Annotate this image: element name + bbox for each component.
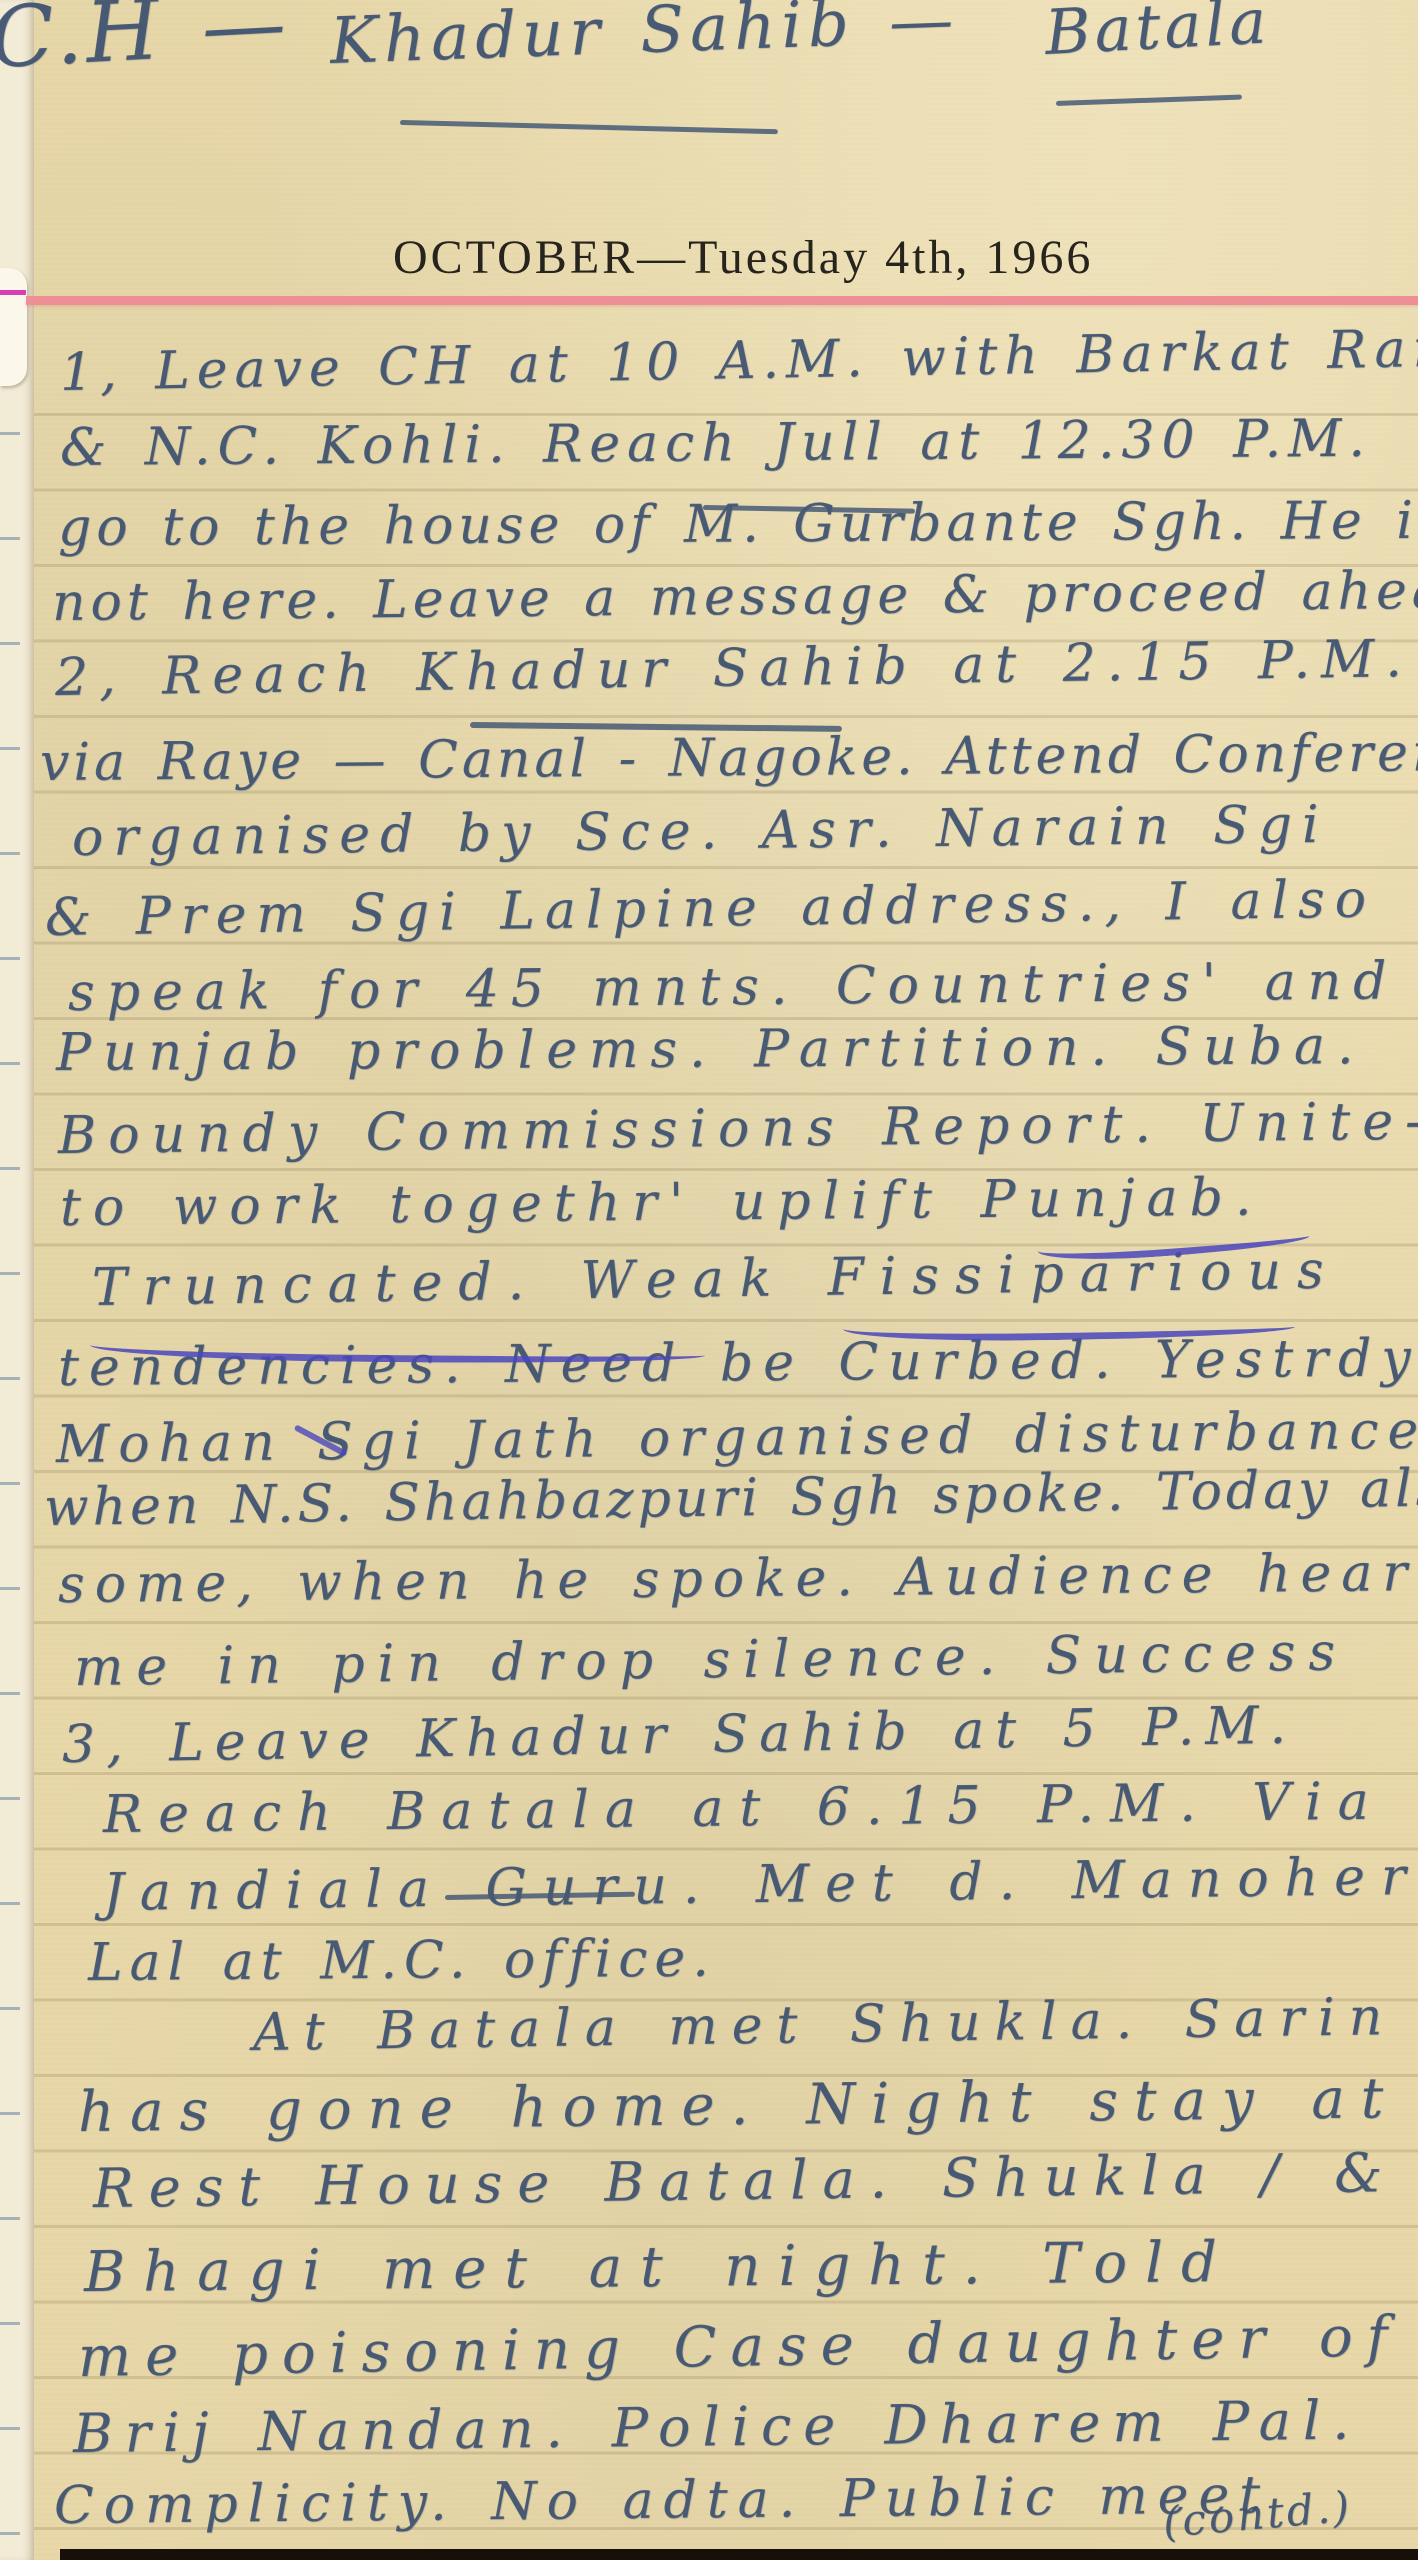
diary-line: Rest House Batala. Shukla / & — [93, 2146, 1398, 2216]
diary-line: go to the house of M. Gurbante Sgh. He i… — [58, 495, 1418, 554]
diary-line: Punjab problems. Partition. Suba. — [56, 1020, 1366, 1079]
diary-line: to work togethr' uplift Punjab. — [60, 1171, 1264, 1233]
diary-line: Jandiala Guru. Met d. Manoher — [103, 1851, 1418, 1919]
ink-underline-batala-header — [1056, 95, 1242, 106]
diary-line: Reach Batala at 6.15 P.M. Via — [103, 1776, 1385, 1841]
diary-line: 1, Leave CH at 10 A.M. with Barkat Ram — [60, 322, 1418, 399]
pink-header-rule — [26, 296, 1418, 305]
diary-line: & N.C. Kohli. Reach Jull at 12.30 P.M. — [60, 413, 1372, 474]
diary-line: speak for 45 mnts. Countries' and — [68, 955, 1399, 1019]
route-note-via: Khadur Sahib — — [329, 0, 960, 74]
diary-line: me in pin drop silence. Success — [74, 1626, 1349, 1694]
underlying-page-corner — [0, 268, 27, 386]
diary-line: has gone home. Night stay at — [78, 2071, 1400, 2141]
diary-line: via Raye — Canal - Nagoke. Attend Confer… — [40, 727, 1418, 789]
diary-line: Bhagi met at night. Told — [84, 2235, 1235, 2301]
diary-line: not here. Leave a message & proceed ahea… — [52, 564, 1418, 629]
scan-bottom-edge — [60, 2549, 1418, 2560]
printed-date: OCTOBER—Tuesday 4th, 1966 — [393, 230, 1093, 285]
diary-line: Boundy Commissions Report. Unite- — [58, 1096, 1418, 1162]
ink-underline-khadur-header — [400, 120, 778, 134]
route-note-origin: C.H — — [0, 0, 292, 80]
diary-page: C.H — Khadur Sahib — Batala OCTOBER—Tues… — [0, 0, 1418, 2560]
diary-line: At Batala met Shukla. Sarin — [253, 1991, 1397, 2059]
page-edge-rule-lines — [0, 330, 20, 2560]
diary-line: some, when he spoke. Audience heard — [58, 1547, 1418, 1611]
diary-line: Brij Nandan. Police Dharem Pal. — [73, 2394, 1362, 2461]
magenta-rule-segment — [0, 290, 26, 295]
route-note-destination: Batala — [1043, 0, 1271, 64]
diary-line: Complicity. No adta. Public meet — [54, 2469, 1271, 2532]
diary-line: Lal at M.C. office. — [88, 1933, 716, 1989]
diary-line: organised by Sce. Asr. Narain Sgi — [72, 799, 1329, 864]
